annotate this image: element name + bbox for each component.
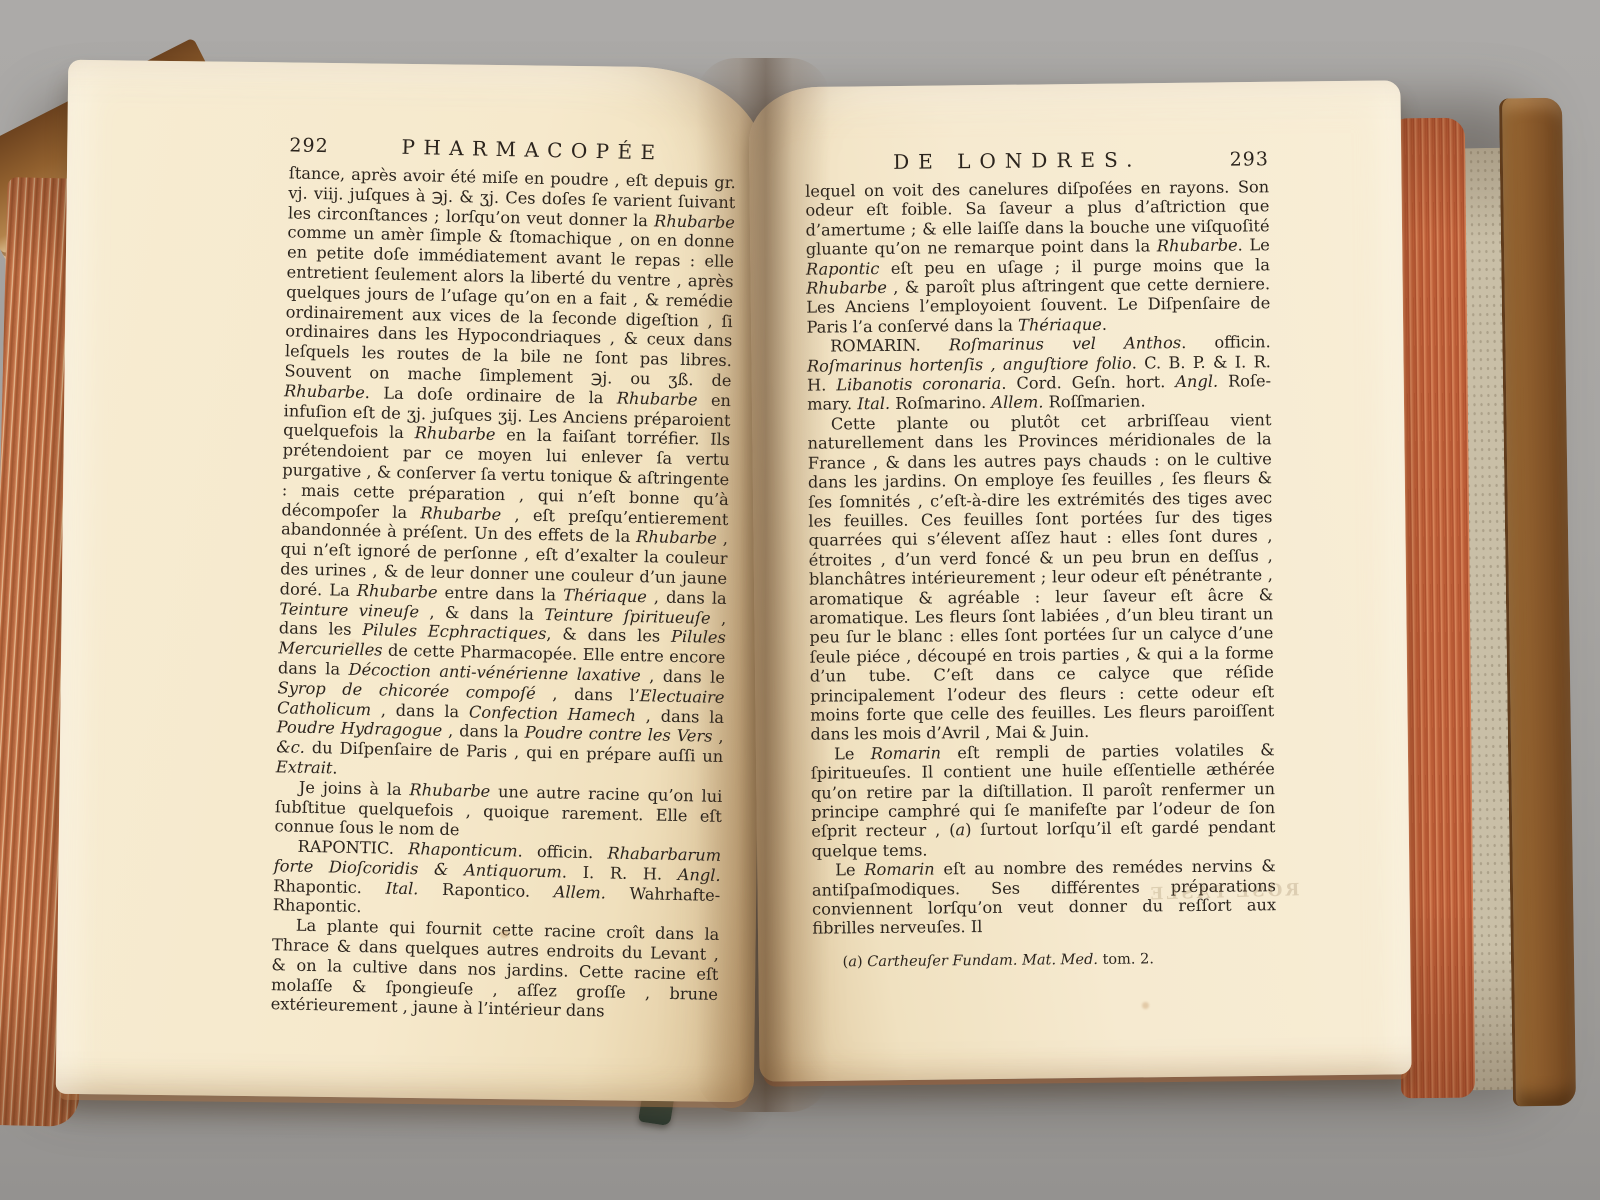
right-page: ROSE PASLE DE LONDRES. 293 lequel on voi… [748,80,1411,1081]
foxing-spot [500,930,509,938]
book-photograph: 292 PHARMACOPÉE ſtance, après avoir été … [0,0,1600,1200]
right-header-title: DE LONDRES. [805,147,1230,175]
left-page-body: ſtance, après avoir été miſe en poudre ,… [270,163,735,1024]
right-running-head: DE LONDRES. 293 [805,146,1269,174]
show-through-ghost-text: ROSE PASLE [1147,880,1300,904]
paragraph: ROMARIN. Roſmarinus vel Anthos. officin.… [807,332,1272,414]
paragraph: Je joins à la Rhubarbe une autre racine … [274,777,722,846]
right-cover-board [1499,98,1576,1107]
paragraph: La plante qui fournit cette racine croît… [270,915,719,1024]
left-page-content: 292 PHARMACOPÉE ſtance, après avoir été … [270,132,736,1024]
paragraph: Cette plante ou plutôt cet arbriſſeau vi… [807,410,1274,744]
right-page-number: 293 [1230,148,1269,170]
paragraph: RAPONTIC. Rhaponticum. officin. Rhabarba… [273,836,722,925]
foxing-spot [350,640,356,646]
paragraph: ſtance, après avoir été miſe en poudre ,… [276,163,736,786]
paragraph: lequel on voit des canelures diſpoſées e… [805,177,1270,337]
right-page-content: DE LONDRES. 293 lequel on voit des canel… [805,146,1277,971]
left-header-title: PHARMACOPÉE [328,133,736,166]
left-page: 292 PHARMACOPÉE ſtance, après avoir été … [56,60,767,1102]
footnote: (a) Cartheuſer Fundam. Mat. Med. tom. 2. [813,949,1277,971]
left-running-head: 292 PHARMACOPÉE [289,132,736,166]
right-page-body: lequel on voit des canelures diſpoſées e… [805,177,1276,938]
left-page-number: 292 [289,134,329,157]
paragraph: Le Romarin eſt rempli de parties volatil… [811,740,1276,861]
foxing-spot [1142,1002,1149,1009]
